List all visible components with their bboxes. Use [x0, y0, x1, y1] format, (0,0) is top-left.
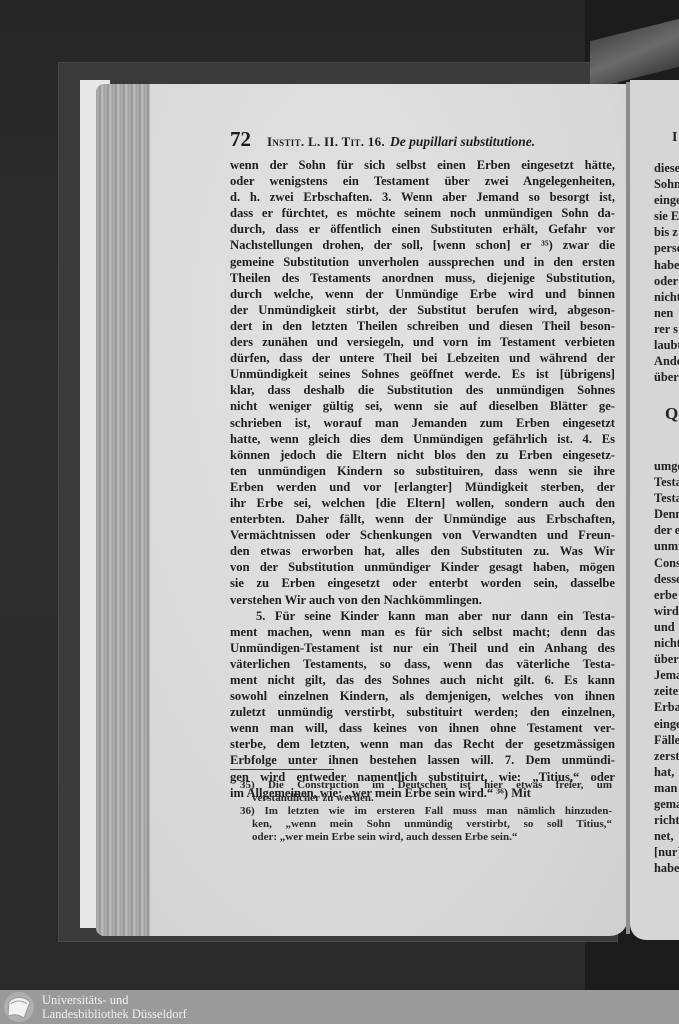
facing-text-fragment: unmi: [654, 538, 679, 554]
text-line: oder wenigstens ein Testament über zwei …: [230, 173, 615, 189]
facing-text-fragment: perso: [654, 240, 679, 256]
running-head: 72 Instit. L. II. Tit. 16. De pupillari …: [230, 127, 630, 149]
text-line: wenn man will, dass keines von ihnen ohn…: [230, 720, 615, 736]
facing-text-fragment: Erbar: [654, 699, 679, 715]
text-line: klar, dass deshalb die Substitution des …: [230, 382, 615, 398]
text-line: den etwas erworben hat, alles den Substi…: [230, 543, 615, 559]
facing-page-text-top: dieseSohneingesie Ebis zpersohabenoderni…: [654, 160, 679, 385]
facing-text-fragment: Testa: [654, 474, 679, 490]
facing-page-text-bottom: umgeTestaTestaDennder eunmiConsdesseerbe…: [654, 458, 679, 876]
facing-text-fragment: man: [654, 780, 679, 796]
facing-text-fragment: nicht: [654, 635, 679, 651]
facing-text-fragment: desse: [654, 571, 679, 587]
footnote-line: 36) Im letzten wie im ersteren Fall muss…: [240, 805, 612, 818]
text-line: ihr Erbe sei, welchen [die Eltern] wolle…: [230, 495, 615, 511]
facing-page-head: I: [672, 130, 677, 146]
facing-text-fragment: zerst: [654, 748, 679, 764]
facing-text-fragment: Sohn: [654, 176, 679, 192]
facing-text-fragment: Fälle: [654, 732, 679, 748]
running-head-title: Instit. L. II. Tit. 16.: [267, 134, 385, 150]
footnotes: 35) Die Construction im Deutschen ist hi…: [240, 779, 612, 844]
text-line: Nachstellungen drohen, der soll, [wenn s…: [230, 237, 615, 253]
facing-text-fragment: Ande: [654, 353, 679, 369]
text-line: d. h. zwei Erbschaften. 3. Wenn aber Jem…: [230, 189, 615, 205]
book-icon: [2, 990, 38, 1024]
text-line: können jedoch die Eltern nicht blos den …: [230, 447, 615, 463]
text-line: dert in den letzten Theilen schreiben un…: [230, 318, 615, 334]
facing-text-fragment: haben: [654, 257, 679, 273]
text-line: ment machen, wenn man es für sich selbst…: [230, 624, 615, 640]
text-line: Erbfolge unter ihnen bestehen lassen wil…: [230, 752, 615, 768]
text-line: 5. Für seine Kinder kann man aber nur da…: [230, 608, 615, 624]
facing-text-fragment: der e: [654, 522, 679, 538]
text-line: zuletzt unmündig verstirbt, substituirt …: [230, 704, 615, 720]
text-line: gemeine Substitution unverholen aussprec…: [230, 254, 615, 270]
text-line: Vermächtnissen oder Schenkungen von Verw…: [230, 527, 615, 543]
text-line: sowohl einzelnen Kindern, als demjenigen…: [230, 688, 615, 704]
text-line: Erben werden und vor [erlangter] Mündigk…: [230, 479, 615, 495]
text-line: dürfen, dass der untere Theil bei Lebzei…: [230, 350, 615, 366]
text-line: der Unmündigkeit stirbt, der Substitut b…: [230, 302, 615, 318]
facing-text-fragment: einge: [654, 192, 679, 208]
facing-text-fragment: umge: [654, 458, 679, 474]
text-line: verstehen Wir auch von den Nachkömmlinge…: [230, 592, 615, 608]
text-line: schrieben ist, worauf man Jemanden zum E…: [230, 415, 615, 431]
facing-text-fragment: bis z: [654, 224, 679, 240]
facing-text-fragment: oder: [654, 273, 679, 289]
footer-line-1: Universitäts- und: [42, 993, 187, 1007]
facing-text-fragment: gema: [654, 796, 679, 812]
facing-text-fragment: haben: [654, 860, 679, 876]
facing-text-fragment: net,: [654, 828, 679, 844]
facing-text-fragment: und: [654, 619, 679, 635]
text-line: ten unmündigen Kindern so substituiren, …: [230, 463, 615, 479]
facing-page-section-letter: Q: [665, 404, 678, 424]
text-line: sie zu Erben eingesetzt oder enterbt wor…: [230, 575, 615, 591]
text-line: väterlichen Testaments, so dass, wenn da…: [230, 656, 615, 672]
text-line: nicht weniger gültig sei, wenn sie auf d…: [230, 398, 615, 414]
footnote-line: oder: „wer mein Erbe sein wird, auch des…: [240, 831, 612, 844]
library-footer: Universitäts- und Landesbibliothek Düsse…: [0, 990, 679, 1024]
facing-text-fragment: laubt: [654, 337, 679, 353]
text-line: Unmündigen-Testament ist nur ein Theil u…: [230, 640, 615, 656]
text-line: durch welche, wenn der Unmündige Erbe wi…: [230, 286, 615, 302]
page-stack-edge: [96, 84, 154, 936]
facing-text-fragment: erbe: [654, 587, 679, 603]
text-line: sterbe, dem letzten, wenn man das Recht …: [230, 736, 615, 752]
facing-text-fragment: einge: [654, 716, 679, 732]
facing-text-fragment: überl: [654, 651, 679, 667]
running-head-subtitle: De pupillari substitutione.: [390, 134, 535, 150]
facing-text-fragment: Jema: [654, 667, 679, 683]
text-line: Theilen des Testaments anordnen muss, di…: [230, 270, 615, 286]
text-line: ment nicht gilt, das des Sohnes auch nic…: [230, 672, 615, 688]
facing-text-fragment: diese: [654, 160, 679, 176]
facing-text-fragment: [nur]: [654, 844, 679, 860]
facing-text-fragment: Denn: [654, 506, 679, 522]
facing-text-fragment: Testa: [654, 490, 679, 506]
page-number: 72: [230, 127, 251, 152]
facing-text-fragment: zeiten: [654, 683, 679, 699]
body-text: wenn der Sohn für sich selbst einen Erbe…: [230, 157, 615, 801]
text-line: ders zunähen und versiegeln, und vorn im…: [230, 334, 615, 350]
footnote-line: ken, „wenn mein Sohn unmündig verstirbt,…: [240, 818, 612, 831]
text-line: von der Substitution unmündiger Kinder g…: [230, 559, 615, 575]
text-line: hatte, wenn gleich dies dem Unmündigen g…: [230, 431, 615, 447]
facing-text-fragment: richte: [654, 812, 679, 828]
facing-text-fragment: sie E: [654, 208, 679, 224]
text-line: wenn der Sohn für sich selbst einen Erbe…: [230, 157, 615, 173]
text-line: enterbten. Daher fällt, wenn der Unmündi…: [230, 511, 615, 527]
footnote-line: verständlicher zu werden.: [240, 792, 612, 805]
footnote-divider: [230, 769, 334, 770]
facing-text-fragment: wird: [654, 603, 679, 619]
text-line: dass er fürchtet, es möchte seinem noch …: [230, 205, 615, 221]
text-line: durch, dass er öffentlich einen Substitu…: [230, 221, 615, 237]
facing-text-fragment: über: [654, 369, 679, 385]
footer-line-2: Landesbibliothek Düsseldorf: [42, 1007, 187, 1021]
text-line: Unmündigkeit seines Sohnes geöffnet werd…: [230, 366, 615, 382]
footnote-line: 35) Die Construction im Deutschen ist hi…: [240, 779, 612, 792]
facing-text-fragment: Cons: [654, 555, 679, 571]
facing-text-fragment: nicht: [654, 289, 679, 305]
facing-text-fragment: nen: [654, 305, 679, 321]
facing-text-fragment: hat,: [654, 764, 679, 780]
facing-text-fragment: rer s: [654, 321, 679, 337]
